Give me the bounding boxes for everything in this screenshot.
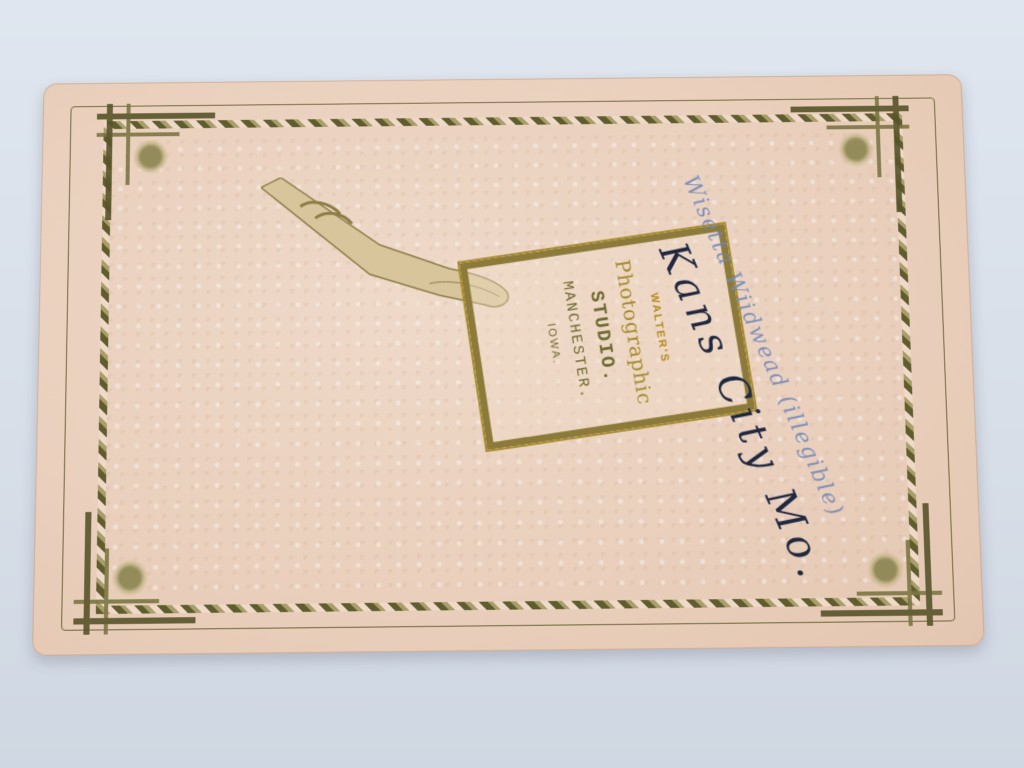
cabinet-card: WALTER'S Photographic STUDIO. MANCHESTER… xyxy=(32,74,985,656)
studio-owner-name: WALTER'S xyxy=(648,292,671,364)
corner-ornament-icon xyxy=(817,503,943,627)
photo-scene: WALTER'S Photographic STUDIO. MANCHESTER… xyxy=(0,0,1024,768)
corner-ornament-icon xyxy=(790,96,912,213)
studio-label: STUDIO. xyxy=(585,289,621,384)
corner-ornament-icon xyxy=(95,103,215,220)
corner-ornament-icon xyxy=(73,511,196,635)
studio-type: Photographic xyxy=(610,258,657,407)
studio-state: IOWA. xyxy=(545,323,563,366)
